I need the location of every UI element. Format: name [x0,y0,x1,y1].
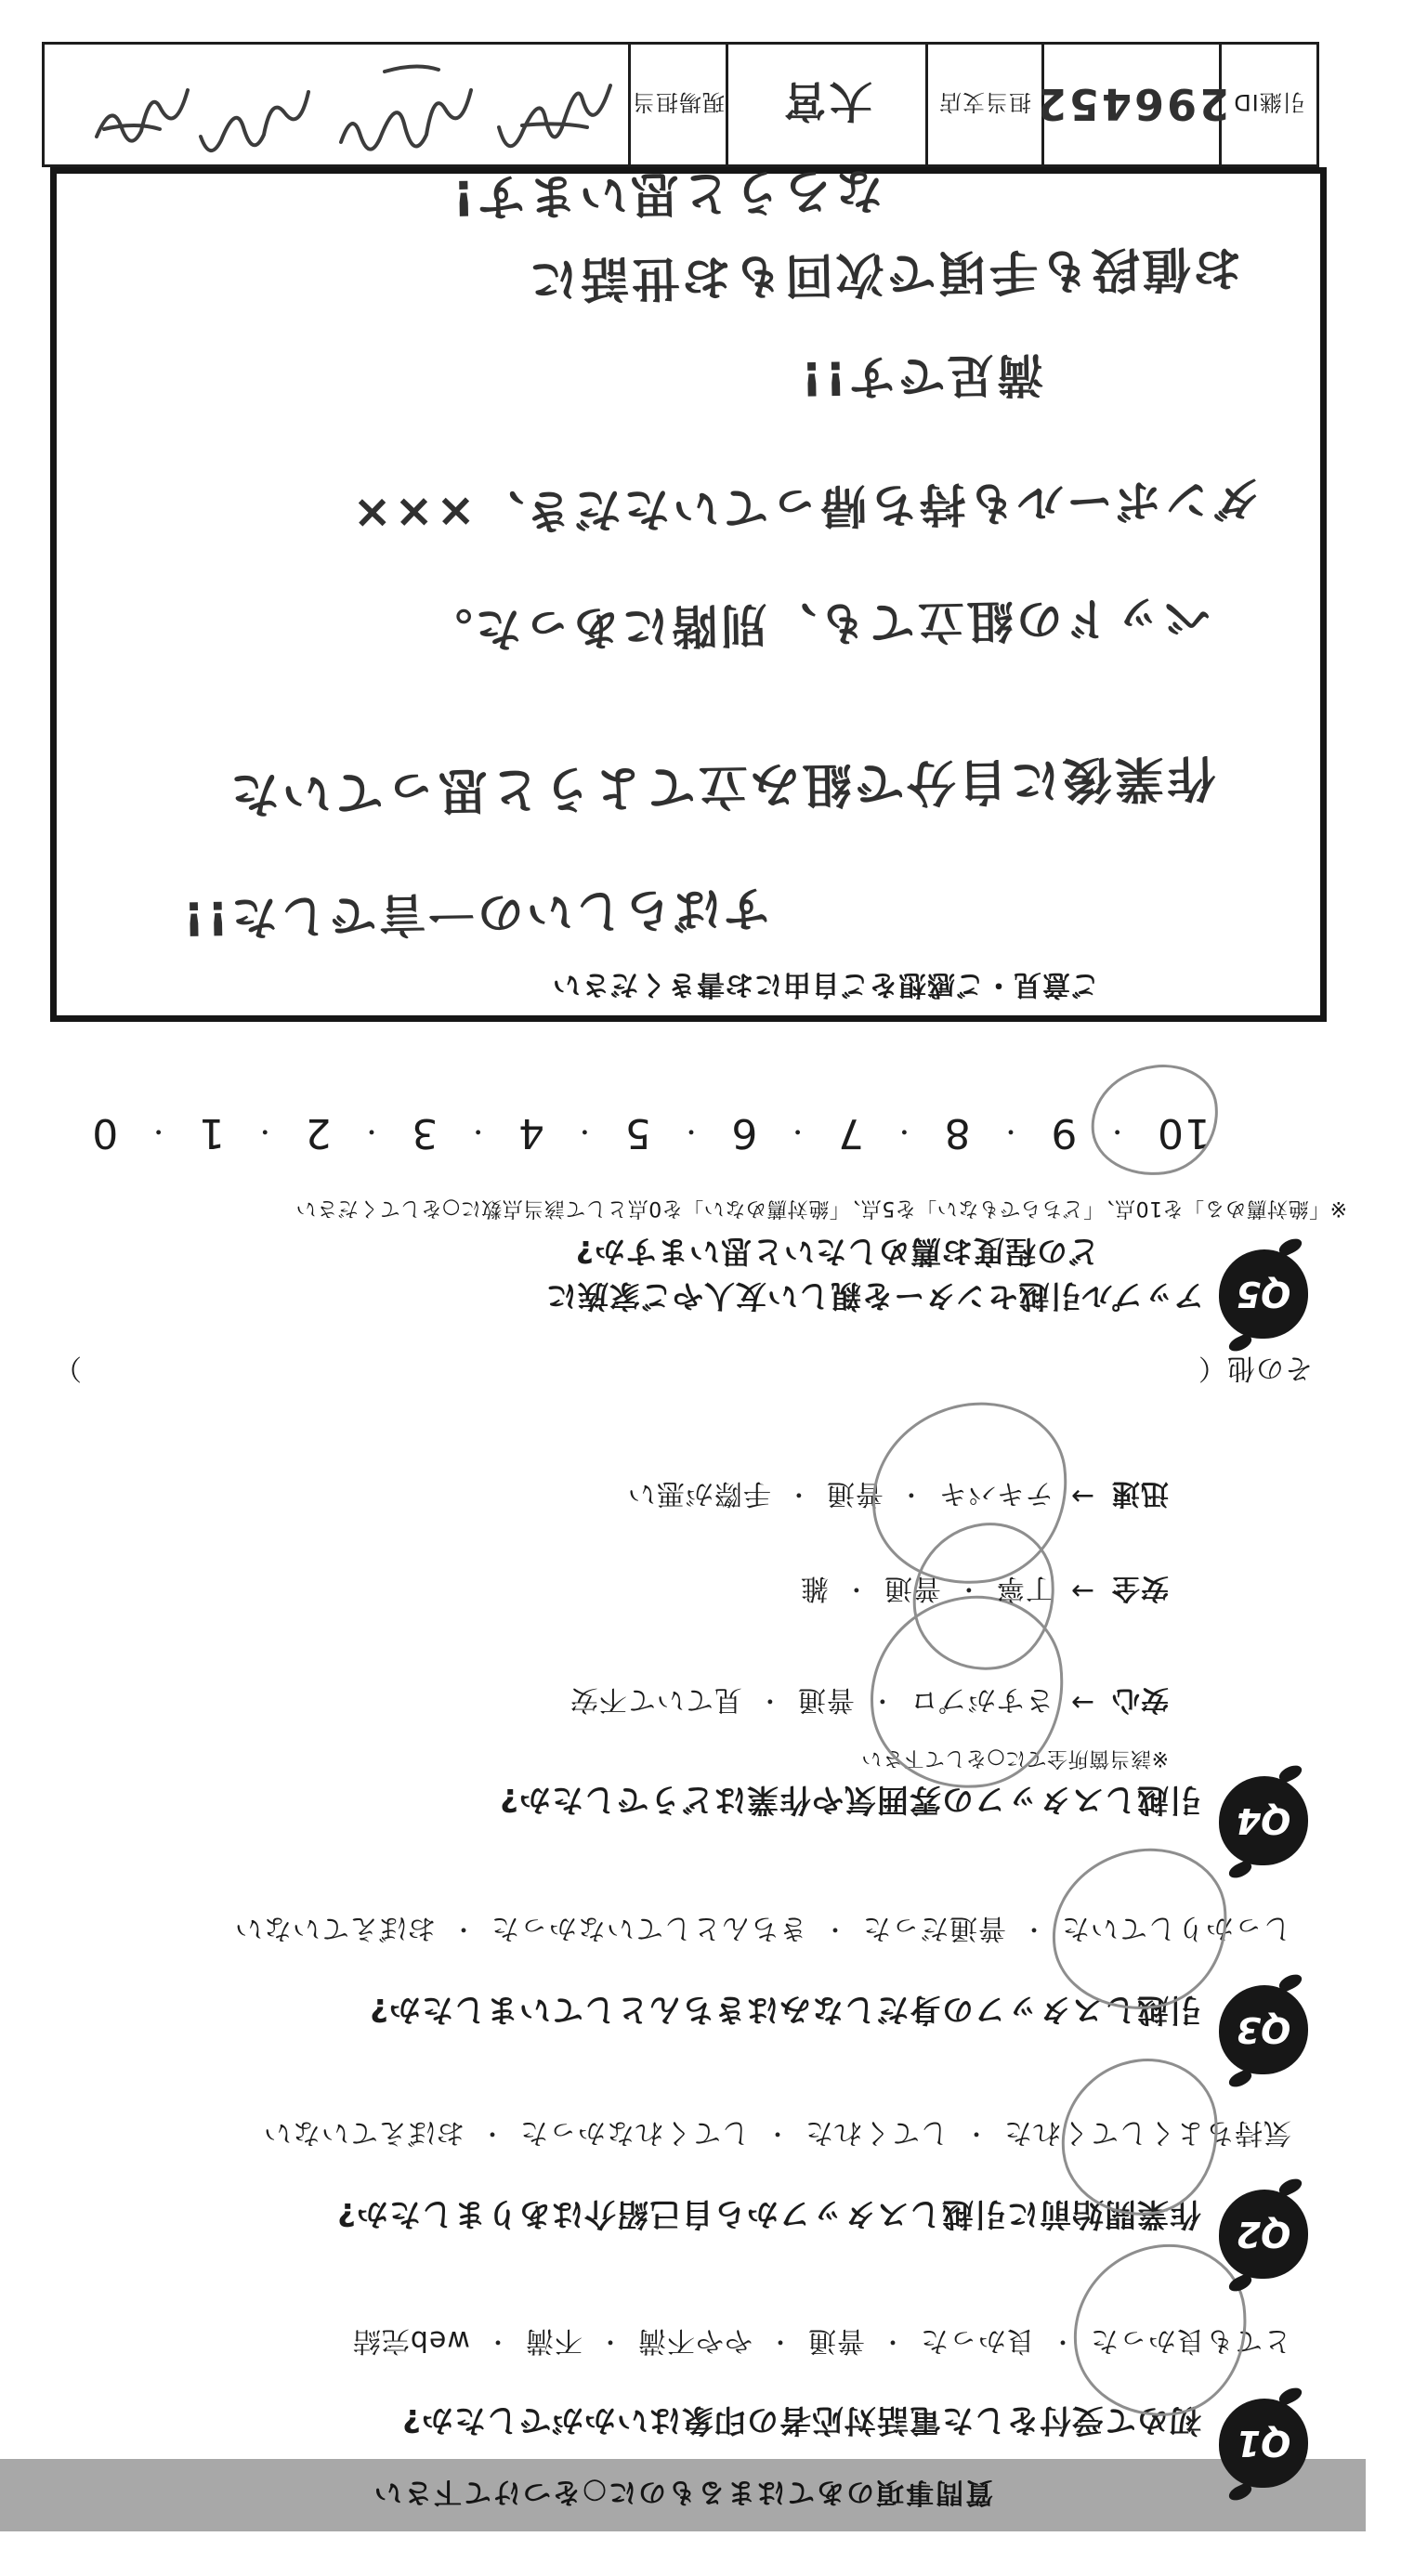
q2-option-4: おぼえていない [263,2115,465,2156]
scale-9: 9 [1050,1109,1077,1157]
handover-staff-label-text: 現場担当 [632,88,725,121]
separator-dot: ・ [765,2119,790,2153]
q4-row-2-option-3: 雑 [800,1571,829,1612]
handover-staff-label: 現場担当 [628,45,726,164]
separator-dot: ・ [767,2327,792,2361]
q4-other-close-paren: ） [53,1351,82,1392]
q4-other-close: ） [53,1351,82,1392]
handwritten-comment-line: 作業後に自分で組み立てようと思っていた [227,746,1216,834]
q2-badge-icon: Q2 [1219,2190,1308,2279]
q5-badge-label: Q5 [1237,1274,1291,1314]
handover-branch-label-text: 担当支店 [938,88,1031,121]
q1-badge-label: Q1 [1237,2423,1291,2464]
handwritten-comment-line: ダンボールも持ち帰っていただき、××× [349,468,1261,551]
separator-dot: ・ [1021,1915,1046,1949]
q2-option-2: してくれた [805,2115,949,2156]
badge-tail-icon [1277,1236,1303,1258]
handwritten-comment-line: なろうと思います! [450,160,884,237]
separator-dot: ・ [757,1686,782,1720]
comment-box: ご意見・ご感想をご自由にお書きください すばらしいの一言でした!! 作業後に自分… [50,167,1327,1022]
handwritten-comment-line: 満足です!! [798,345,1044,416]
q1-badge-icon: Q1 [1219,2399,1308,2488]
separator-dot: ・ [479,2119,504,2153]
separator-dot: ・ [880,2327,905,2361]
q3-badge-label: Q3 [1237,2009,1291,2050]
handover-id-value: 296452 [1041,45,1219,164]
q4-question: 引越しスタッフの雰囲気や作業はどうでしたか? [499,1780,1201,1825]
separator-dot: ・ [597,2327,622,2361]
handwritten-comment-line: お値段も手頃で次回もお世話に [526,237,1242,319]
handwritten-comment-line: すばらしいの一言でした!! [180,878,771,955]
separator-dot: ・ [785,1116,810,1150]
q2-badge-label: Q2 [1237,2214,1291,2255]
q5-handdrawn-circle [1084,1058,1224,1183]
scale-5: 5 [624,1109,651,1157]
q5-question-line2: どの程度お薦めしたいと思いますか? [575,1232,1099,1275]
separator-dot: ・ [252,1116,277,1150]
q1-option-2: 良かった [920,2323,1035,2364]
separator-dot: ・ [844,1575,869,1609]
separator-dot: ・ [485,2327,510,2361]
badge-tail-icon [1277,1971,1303,1994]
q3-badge-icon: Q3 [1219,1985,1308,2074]
scale-4: 4 [517,1109,544,1157]
separator-dot: ・ [146,1116,171,1150]
comment-heading: ご意見・ご感想をご自由にお書きください [552,967,1099,1008]
handwritten-names-scribble-icon [48,54,624,156]
q1-option-4: やや不満 [637,2323,753,2364]
separator-dot: ・ [786,1480,811,1514]
separator-dot: ・ [822,1915,847,1949]
scale-8: 8 [944,1109,971,1157]
q5-note: ※「絶対薦める」を10点、「どちらでもない」を5点、「絶対薦めない」を0点として… [295,1196,1347,1224]
separator-dot: ・ [359,1116,384,1150]
separator-dot: ・ [998,1116,1023,1150]
q4-other-label: その他（ [1198,1351,1313,1392]
survey-instruction-banner: 質問事項のあてはまるものに○をつけて下さい [0,2459,1366,2531]
q5-nps-scale: 10・ 9・ 8・ 7・ 6・ 5・ 4・ 3・ 2・ 1・ 0 [91,1109,1211,1157]
survey-sheet-rotated-180: 質問事項のあてはまるものに○をつけて下さい Q1 初めて受付をした電話対応者の印… [0,0,1401,2576]
scale-3: 3 [411,1109,438,1157]
q4-other-row: その他（ [1198,1351,1313,1392]
banner-text: 質問事項のあてはまるものに○をつけて下さい [373,2475,993,2516]
handover-info-table: 引継ID 296452 担当支店 大宮 現場担当 [42,42,1319,167]
scale-1: 1 [198,1109,225,1157]
handover-branch-value-text: 大宮 [781,74,872,136]
q3-question: 引越しスタッフの身だしなみはきちんとしていましたか? [369,1990,1201,2035]
badge-tail-icon [1277,1762,1303,1785]
scale-7: 7 [837,1109,864,1157]
handover-branch-value: 大宮 [726,45,925,164]
handover-branch-label: 担当支店 [925,45,1041,164]
handover-id-value-text: 296452 [1034,80,1229,130]
scale-2: 2 [305,1109,332,1157]
badge-leaf-icon [1226,1859,1253,1881]
separator-dot: ・ [678,1116,703,1150]
separator-dot: ・ [571,1116,596,1150]
badge-leaf-icon [1226,2068,1253,2090]
handover-id-label: 引継ID [1219,45,1316,164]
separator-dot: ・ [963,2119,989,2153]
handwritten-comment-line: ベッドの組立ても、別階にあった。 [423,587,1211,668]
q2-question: 作業開始前に引越しスタッフから自己紹介はありましたか? [336,2194,1201,2240]
q4-row-3-option-3: 手際が悪い [627,1476,771,1517]
separator-dot: ・ [1050,2327,1075,2361]
q1-option-6: web完結 [352,2323,470,2364]
scale-6: 6 [730,1109,757,1157]
q4-badge-icon: Q4 [1219,1776,1308,1865]
arrow-right-icon: → [1070,1576,1094,1608]
q3-option-3: きちんとしていなかった [491,1911,807,1952]
q5-badge-icon: Q5 [1219,1249,1308,1339]
q1-question: 初めて受付をした電話対応者の印象はいかがでしたか? [401,2400,1201,2446]
handover-id-label-text: 引継ID [1233,88,1305,121]
separator-dot: ・ [465,1116,491,1150]
q3-option-2: 普通だった [862,1911,1006,1952]
q2-option-3: してくれなかった [519,2115,750,2156]
q1-option-5: 不満 [525,2323,583,2364]
badge-tail-icon [1277,2385,1303,2407]
separator-dot: ・ [891,1116,916,1150]
q4-badge-label: Q4 [1237,1800,1291,1841]
arrow-right-icon: → [1070,1687,1094,1720]
scanned-survey-page: 質問事項のあてはまるものに○をつけて下さい Q1 初めて受付をした電話対応者の印… [0,0,1401,2576]
q5-question-line1: アップル引越センターを親しい友人やご家族に [545,1276,1204,1320]
q1-option-3: 普通 [807,2323,865,2364]
q3-option-4: おぼえていない [234,1911,436,1952]
q4-row-3-label: 迅速 [1111,1476,1169,1517]
handover-staff-names-handwriting [45,45,628,164]
q4-row-anshin: 安心 → さすがプロ・ 普通・ 見ていて不安 [570,1682,1169,1723]
q4-row-2-label: 安全 [1111,1571,1169,1612]
q4-row-1-option-2: 普通 [797,1682,855,1723]
separator-dot: ・ [451,1915,476,1949]
arrow-right-icon: → [1070,1481,1094,1513]
q4-row-1-option-3: 見ていて不安 [570,1682,742,1723]
scale-0: 0 [91,1109,118,1157]
badge-tail-icon [1277,2176,1303,2198]
q4-row-1-label: 安心 [1111,1682,1169,1723]
